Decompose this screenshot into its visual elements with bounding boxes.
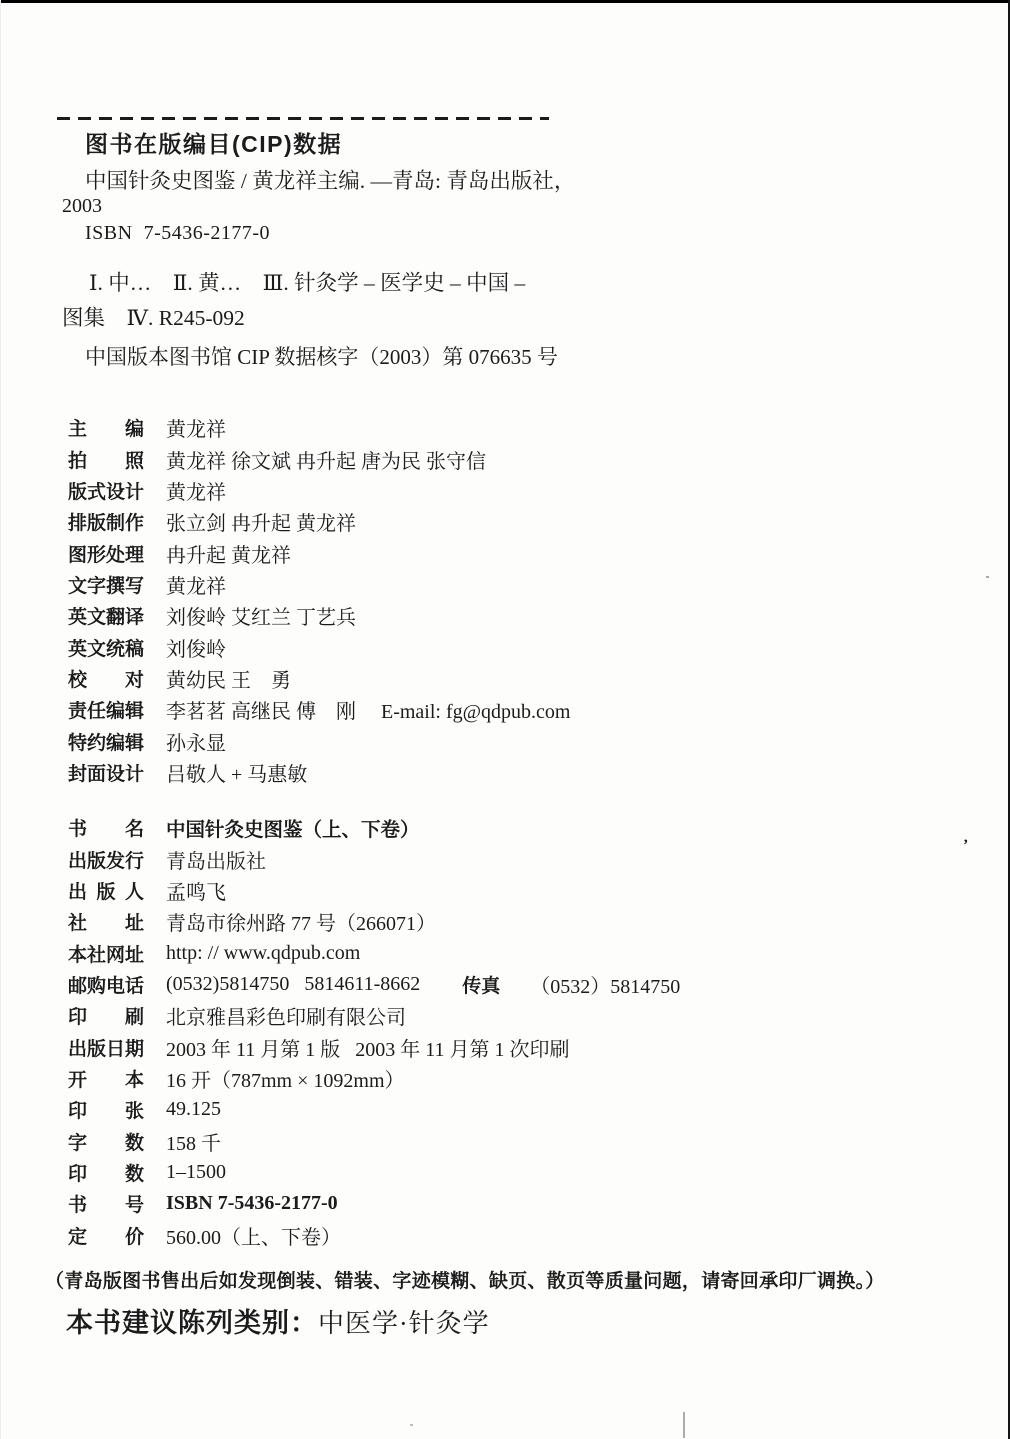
publication-label: 本社网址 xyxy=(68,940,144,967)
publication-label: 印数 xyxy=(68,1159,144,1186)
publication-row-book-title: 书名 中国针灸史图鉴（上、下卷） xyxy=(68,812,680,843)
credit-row: 排版制作 张立剑 冉升起 黄龙祥 xyxy=(68,506,571,537)
publication-value: 49.125 xyxy=(166,1098,221,1121)
cip-classification-line1: Ⅰ. 中… Ⅱ. 黄… Ⅲ. 针灸学 – 医学史 – 中国 – xyxy=(89,266,525,297)
credit-label: 责任编辑 xyxy=(68,696,144,723)
shelf-category-label: 本书建议陈列类别： xyxy=(66,1301,318,1340)
credit-label: 拍照 xyxy=(68,446,144,473)
publication-price: 560.00（上、下卷） xyxy=(166,1221,341,1250)
publication-website-url: http: // www.qdpub.com xyxy=(166,942,360,965)
publication-row-isbn: 书号 ISBN 7-5436-2177-0 xyxy=(68,1188,680,1219)
publication-label: 社址 xyxy=(68,908,144,935)
credit-value: 吕敬人 + 马惠敏 xyxy=(166,758,307,787)
cip-dashed-divider xyxy=(57,117,549,120)
credit-label: 图形处理 xyxy=(68,540,144,567)
publication-label: 书号 xyxy=(68,1190,144,1217)
publication-value: 北京雅昌彩色印刷有限公司 xyxy=(166,1001,406,1030)
fax-number: （0532）5814750 xyxy=(530,970,680,999)
fax-label: 传真 xyxy=(462,971,500,998)
publication-value: 16 开（787mm × 1092mm） xyxy=(166,1064,405,1093)
cip-isbn-line: ISBN 7-5436-2177-0 xyxy=(85,222,270,245)
publication-value: 青岛出版社 xyxy=(166,845,266,874)
publication-label: 出版日期 xyxy=(68,1034,144,1061)
scan-left-edge xyxy=(0,0,1,1439)
credit-value: 黄龙祥 徐文斌 冉升起 唐为民 张守信 xyxy=(166,445,486,474)
cip-heading: 图书在版编目(CIP)数据 xyxy=(85,126,342,159)
publication-row-website: 本社网址 http: // www.qdpub.com xyxy=(68,937,680,968)
credit-row: 英文翻译 刘俊岭 艾红兰 丁艺兵 xyxy=(68,600,571,631)
publication-label: 印刷 xyxy=(68,1002,144,1029)
publication-row-address: 社址 青岛市徐州路 77 号（266071） xyxy=(68,906,680,937)
cip-entry-year: 2003 xyxy=(62,195,102,218)
credit-row: 校对 黄幼民 王 勇 xyxy=(68,663,571,694)
copyright-page: 图书在版编目(CIP)数据 中国针灸史图鉴 / 黄龙祥主编. —青岛: 青岛出版… xyxy=(0,0,1010,1439)
credit-label: 主编 xyxy=(68,414,144,441)
credit-label: 英文翻译 xyxy=(68,602,144,629)
publication-label: 定价 xyxy=(68,1222,144,1249)
credit-label: 文字撰写 xyxy=(68,571,144,598)
credit-value: 黄龙祥 xyxy=(166,476,226,505)
publication-section: 书名 中国针灸史图鉴（上、下卷） 出版发行 青岛出版社 出版人 孟鸣飞 社址 青… xyxy=(68,812,680,1251)
publication-value: 2003 年 11 月第 1 版 2003 年 11 月第 1 次印刷 xyxy=(166,1033,570,1062)
publication-value: 158 千 xyxy=(166,1127,221,1156)
publication-isbn: ISBN 7-5436-2177-0 xyxy=(166,1192,338,1215)
scan-speck xyxy=(683,1412,685,1438)
publication-row-sheets: 印张 49.125 xyxy=(68,1094,680,1125)
shelf-category-value: 中医学·针灸学 xyxy=(318,1303,490,1340)
credit-value: 张立剑 冉升起 黄龙祥 xyxy=(166,507,356,536)
credit-value: 黄幼民 王 勇 xyxy=(166,664,291,693)
publication-value: 1–1500 xyxy=(166,1161,226,1184)
publication-label: 印张 xyxy=(68,1096,144,1123)
credit-row: 责任编辑 李茗茗 高继民 傅 刚 E-mail: fg@qdpub.com xyxy=(68,694,571,725)
credit-value: 孙永显 xyxy=(166,727,226,756)
publication-row-pub-date: 出版日期 2003 年 11 月第 1 版 2003 年 11 月第 1 次印刷 xyxy=(68,1031,680,1062)
credit-label: 特约编辑 xyxy=(68,728,144,755)
quality-notice: （青岛版图书售出后如发现倒装、错装、字迹模糊、缺页、散页等质量问题，请寄回承印厂… xyxy=(45,1266,885,1293)
credit-label: 排版制作 xyxy=(68,508,144,535)
credit-row: 图形处理 冉升起 黄龙祥 xyxy=(68,537,571,568)
credit-row: 英文统稿 刘俊岭 xyxy=(68,631,571,662)
credit-row: 版式设计 黄龙祥 xyxy=(68,475,571,506)
publication-phone-numbers: (0532)5814750 5814611-8662 xyxy=(166,973,420,996)
publication-row-price: 定价 560.00（上、下卷） xyxy=(68,1219,680,1250)
publication-label: 出版发行 xyxy=(68,846,144,873)
publication-row-print-run: 印数 1–1500 xyxy=(68,1157,680,1188)
credit-value: 黄龙祥 xyxy=(166,413,226,442)
cip-entry-line: 中国针灸史图鉴 / 黄龙祥主编. —青岛: 青岛出版社， xyxy=(85,164,575,195)
scan-speck xyxy=(410,1424,413,1426)
publication-label: 邮购电话 xyxy=(68,971,144,998)
credit-value: 刘俊岭 艾红兰 丁艺兵 xyxy=(166,601,356,630)
credit-label: 校对 xyxy=(68,665,144,692)
publication-row-phone: 邮购电话 (0532)5814750 5814611-8662 传真 （0532… xyxy=(68,969,680,1000)
scan-speck xyxy=(986,576,989,578)
publication-value: 青岛市徐州路 77 号（266071） xyxy=(166,907,436,936)
credit-label: 英文统稿 xyxy=(68,634,144,661)
publication-row-printer: 印刷 北京雅昌彩色印刷有限公司 xyxy=(68,1000,680,1031)
cip-classification-line2: 图集 Ⅳ. R245-092 xyxy=(62,301,245,332)
credits-section: 主编 黄龙祥 拍照 黄龙祥 徐文斌 冉升起 唐为民 张守信 版式设计 黄龙祥 排… xyxy=(68,412,571,788)
credit-value: 冉升起 黄龙祥 xyxy=(166,539,291,568)
publication-value: 孟鸣飞 xyxy=(166,876,226,905)
publication-label: 字数 xyxy=(68,1128,144,1155)
publication-row-format: 开本 16 开（787mm × 1092mm） xyxy=(68,1063,680,1094)
scan-stray-mark: ’ xyxy=(963,837,968,855)
credit-label: 封面设计 xyxy=(68,759,144,786)
credit-row: 主编 黄龙祥 xyxy=(68,412,571,443)
credit-value: 黄龙祥 xyxy=(166,570,226,599)
publication-label: 书名 xyxy=(68,814,144,841)
scan-top-edge xyxy=(0,0,1010,3)
credit-row: 拍照 黄龙祥 徐文斌 冉升起 唐为民 张守信 xyxy=(68,443,571,474)
publication-label: 出版人 xyxy=(68,877,144,904)
credit-row: 特约编辑 孙永显 xyxy=(68,725,571,756)
credit-row: 文字撰写 黄龙祥 xyxy=(68,569,571,600)
credit-label: 版式设计 xyxy=(68,477,144,504)
credit-value: 李茗茗 高继民 傅 刚 E-mail: fg@qdpub.com xyxy=(166,695,571,724)
publication-row-word-count: 字数 158 千 xyxy=(68,1125,680,1156)
cip-record-number: 中国版本图书馆 CIP 数据核字（2003）第 076635 号 xyxy=(85,341,558,371)
publication-row-publisher: 出版发行 青岛出版社 xyxy=(68,843,680,874)
publication-row-publisher-person: 出版人 孟鸣飞 xyxy=(68,875,680,906)
credit-value: 刘俊岭 xyxy=(166,633,226,662)
publication-value: 中国针灸史图鉴（上、下卷） xyxy=(166,814,420,842)
credit-row: 封面设计 吕敬人 + 马惠敏 xyxy=(68,757,571,788)
shelf-category-line: 本书建议陈列类别： 中医学·针灸学 xyxy=(66,1301,490,1340)
publication-label: 开本 xyxy=(68,1065,144,1092)
